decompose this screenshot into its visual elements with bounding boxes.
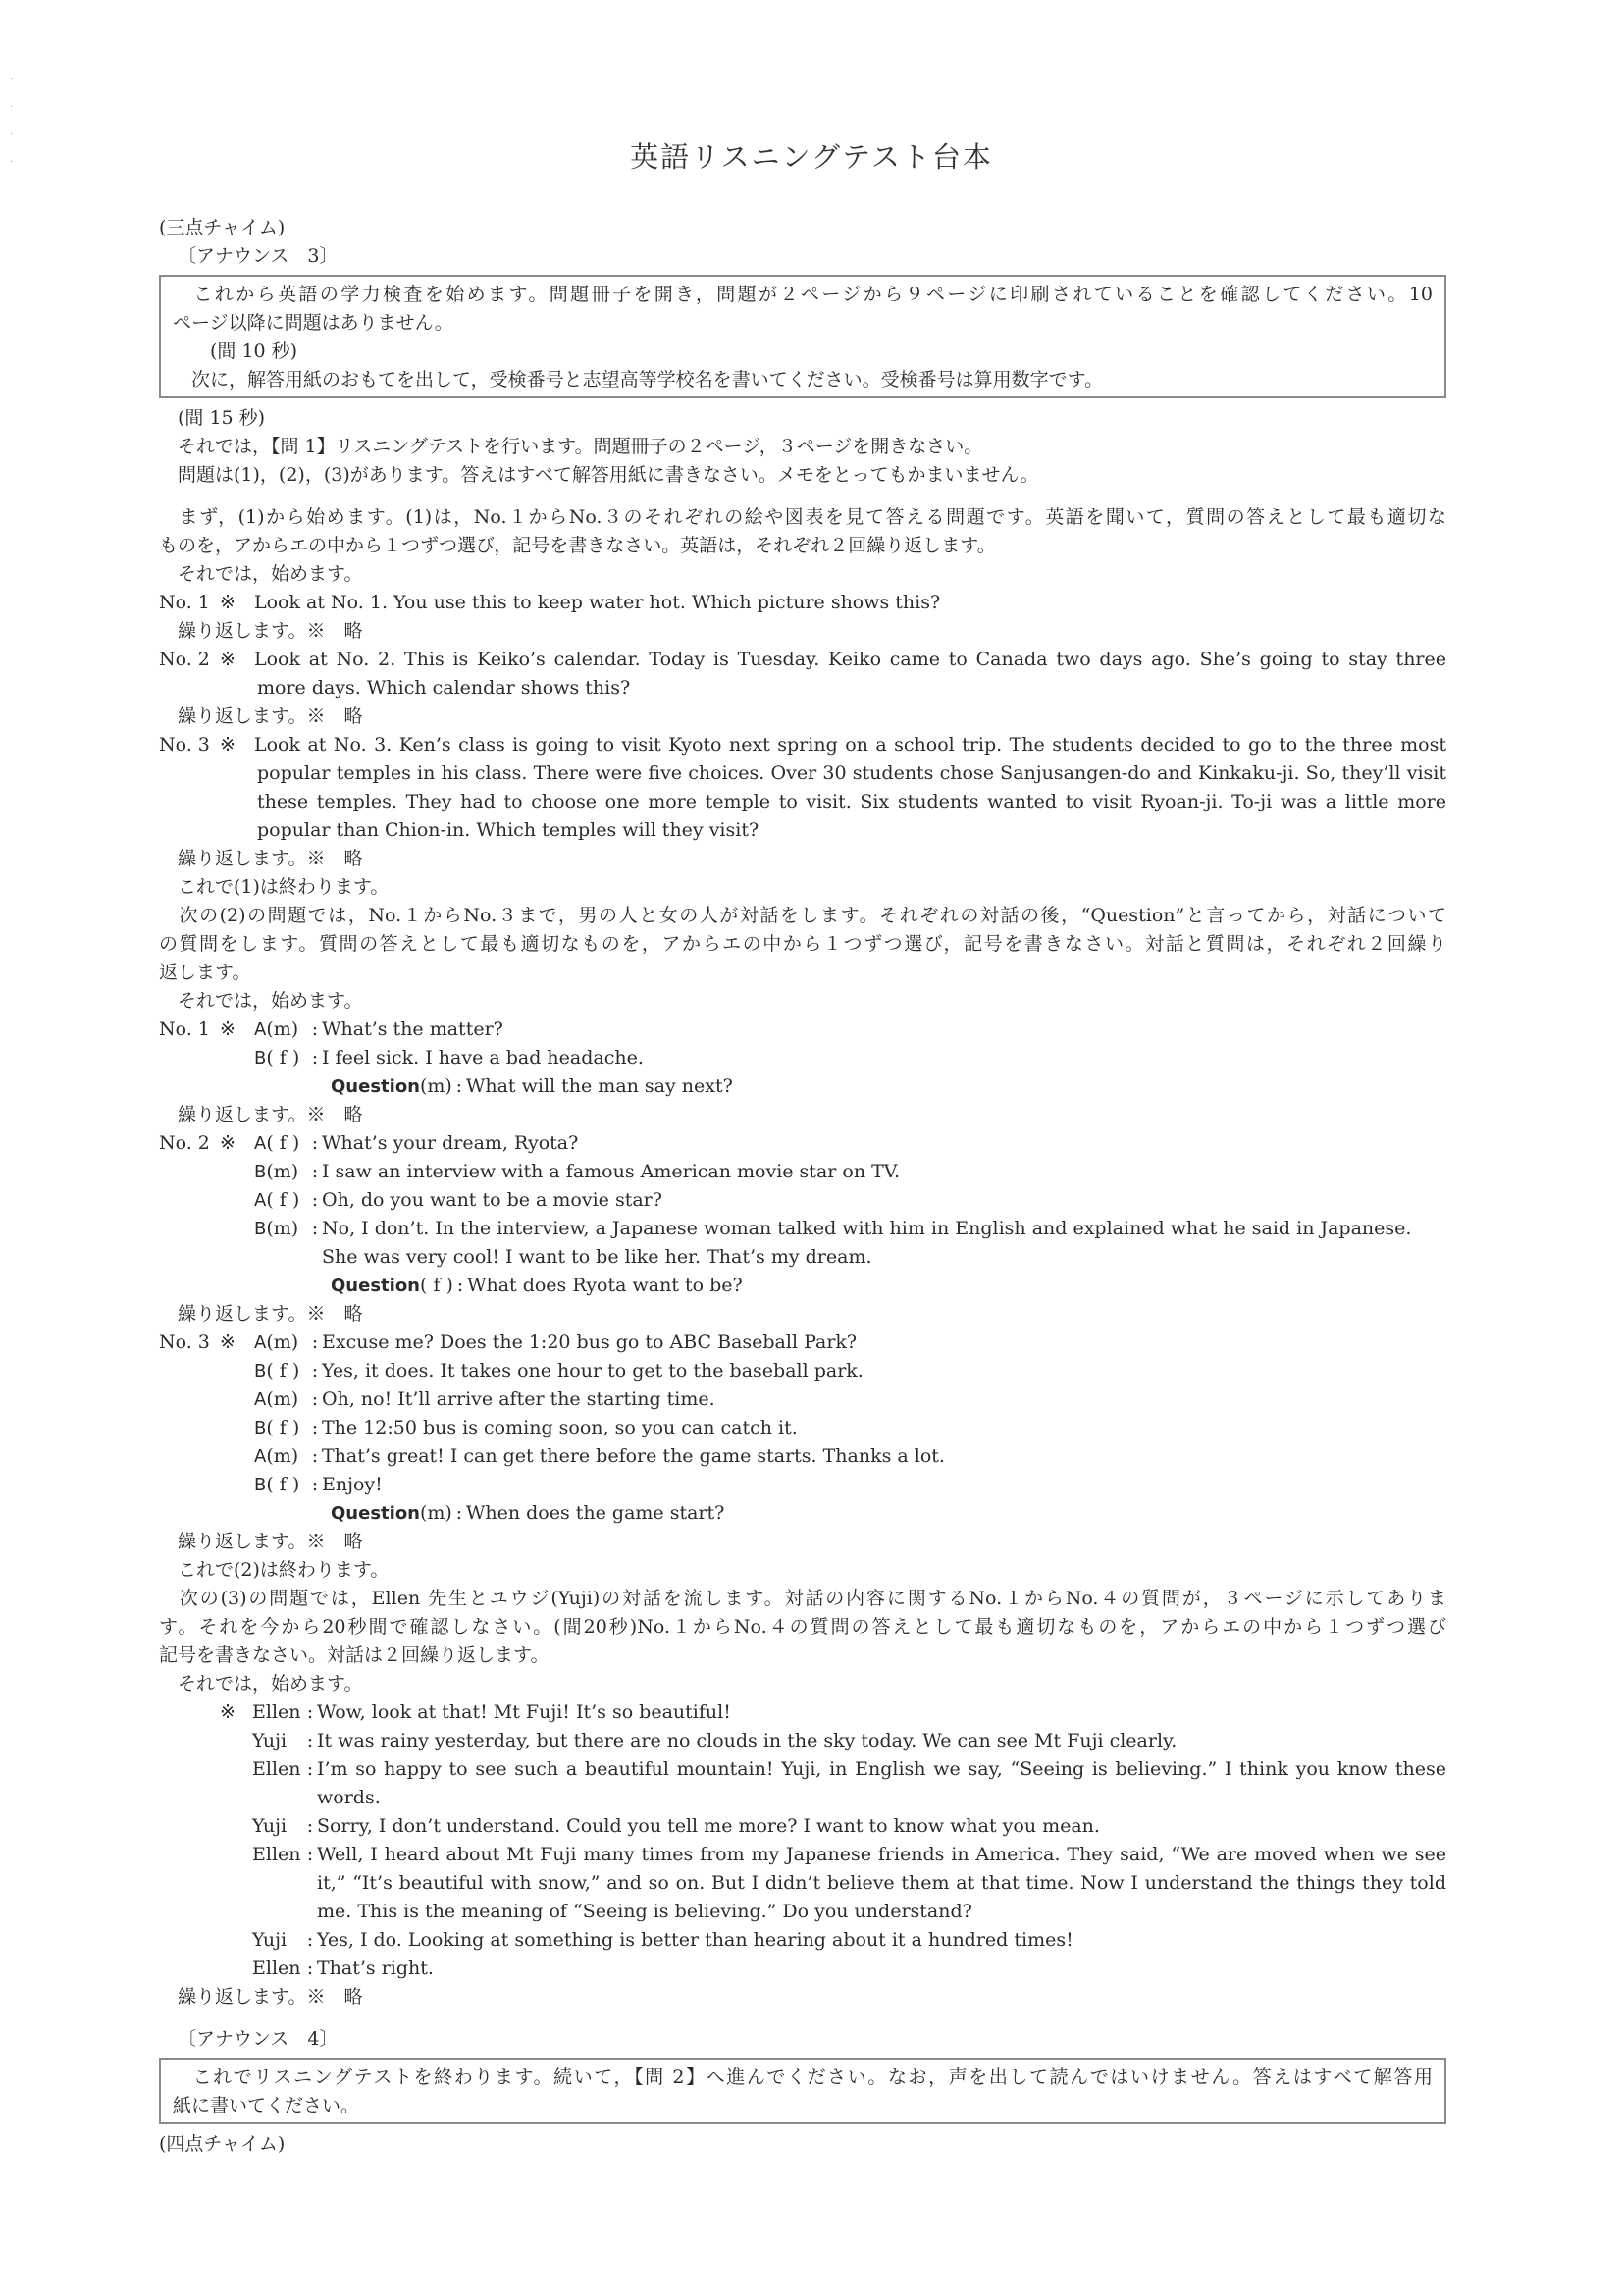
announcement-line: これから英語の学力検査を始めます。問題冊子を開き，問題が２ページから９ページに印… <box>173 281 1433 309</box>
speaker-label: B <box>254 1361 266 1382</box>
speaker-label: B <box>254 1418 266 1438</box>
dialog-3-turn: A(m) : Oh, no! It’ll arrive after the st… <box>159 1385 1446 1414</box>
dialog-3-turn: A(m) : That’s great! I can get there bef… <box>159 1442 1446 1471</box>
speaker-gender: (m) <box>266 1161 298 1182</box>
intro-line: それでは，【問 1】リスニングテストを行います。問題冊子の２ページ，３ページを開… <box>159 433 1446 461</box>
pause-15s: (間 15 秒) <box>159 404 1446 433</box>
part3-instructions: す。それを今から20秒間で確認しなさい。(間20秒)No.１からNo.４の質問の… <box>159 1613 1446 1642</box>
conversation-text: Wow, look at that! Mt Fuji! It’s so beau… <box>317 1698 1446 1727</box>
speaker-label: B <box>254 1219 266 1239</box>
conversation-text: It was rainy yesterday, but there are no… <box>317 1727 1446 1755</box>
dialog-3-turn: B( f ) : Yes, it does. It takes one hour… <box>159 1357 1446 1385</box>
reference-mark-icon: ※ <box>220 1016 254 1044</box>
speaker-gender: (m) <box>266 1018 298 1040</box>
question-text: What does Ryota want to be? <box>467 1272 1446 1300</box>
conversation-turn: Yuji : It was rainy yesterday, but there… <box>159 1727 1446 1755</box>
repeat-note: 繰り返します。※ 略 <box>159 1528 1446 1556</box>
speaker-gender: ( f ) <box>266 1132 299 1154</box>
announcement-line: 次に，解答用紙のおもてを出して，受検番号と志望高等学校名を書いてください。受検番… <box>173 366 1433 394</box>
item-text-cont: these temples. They had to choose one mo… <box>159 788 1446 816</box>
speaker-label: A <box>254 1446 266 1467</box>
speaker-name: Ellen <box>252 1841 303 1869</box>
part1-instructions: ものを，アからエの中から１つずつ選び，記号を書きなさい。英語は，それぞれ２回繰り… <box>159 532 1446 560</box>
dialog-text: Yes, it does. It takes one hour to get t… <box>322 1357 1446 1385</box>
question-text: When does the game start? <box>466 1499 1446 1528</box>
speaker-gender: ( f ) <box>266 1474 299 1495</box>
speaker-name: Yuji <box>252 1727 303 1755</box>
item-number: No. 3 <box>159 731 220 759</box>
conversation-turn: Ellen : Well, I heard about Mt Fuji many… <box>159 1841 1446 1869</box>
part3-instructions: 次の(3)の問題では，Ellen 先生とユウジ(Yuji)の対話を流します。対話… <box>159 1585 1446 1613</box>
repeat-note: 繰り返します。※ 略 <box>159 845 1446 873</box>
dialog-text: What’s your dream, Ryota? <box>322 1129 1446 1158</box>
conversation-text-cont: me. This is the meaning of “Seeing is be… <box>159 1898 1446 1926</box>
dialog-text: Oh, do you want to be a movie star? <box>322 1186 1446 1215</box>
conversation-text: I’m so happy to see such a beautiful mou… <box>317 1755 1446 1784</box>
part3-start: それでは，始めます。 <box>159 1670 1446 1698</box>
question-label: Question <box>331 1276 420 1296</box>
conversation-turn: ※ Ellen : Wow, look at that! Mt Fuji! It… <box>159 1698 1446 1727</box>
conversation-text: Yes, I do. Looking at something is bette… <box>317 1926 1446 1955</box>
speaker-label: B <box>254 1475 266 1495</box>
part1-item-1: No. 1 ※ Look at No. 1. You use this to k… <box>159 589 1446 617</box>
part3-instructions: 記号を書きなさい。対話は２回繰り返します。 <box>159 1642 1446 1670</box>
script-content: (三点チャイム) 〔アナウンス 3〕 これから英語の学力検査を始めます。問題冊子… <box>159 214 1446 2159</box>
speaker-gender: ( f ) <box>266 1360 299 1382</box>
item-number: No. 1 <box>159 589 220 617</box>
repeat-note: 繰り返します。※ 略 <box>159 703 1446 731</box>
item-text: Look at No. 1. You use this to keep wate… <box>254 589 1446 617</box>
item-number: No. 2 <box>159 1129 220 1158</box>
part1-instructions: まず，(1)から始めます。(1)は，No.１からNo.３のそれぞれの絵や図表を見… <box>159 503 1446 532</box>
speaker-gender: (m) <box>266 1388 298 1410</box>
speaker-gender: (m) <box>266 1218 298 1239</box>
speaker-gender: (m) <box>266 1331 298 1353</box>
speaker-label: A <box>254 1133 266 1154</box>
part1-item-3: No. 3 ※ Look at No. 3. Ken’s class is go… <box>159 731 1446 759</box>
repeat-note: 繰り返します。※ 略 <box>159 1101 1446 1129</box>
announce-3-label: 〔アナウンス 3〕 <box>159 242 1446 271</box>
conversation-turn: Yuji : Sorry, I don’t understand. Could … <box>159 1812 1446 1841</box>
question-label: Question <box>331 1076 420 1097</box>
announcement-box-3: これから英語の学力検査を始めます。問題冊子を開き，問題が２ページから９ページに印… <box>159 275 1446 398</box>
item-text-cont: more days. Which calendar shows this? <box>159 674 1446 703</box>
speaker-label: B <box>254 1048 266 1069</box>
part1-start: それでは，始めます。 <box>159 560 1446 589</box>
reference-mark-icon: ※ <box>220 589 254 617</box>
dialog-text: That’s great! I can get there before the… <box>322 1442 1446 1471</box>
item-number: No. 1 <box>159 1016 220 1044</box>
reference-mark-icon: ※ <box>220 1129 254 1158</box>
dialog-text: What’s the matter? <box>322 1016 1446 1044</box>
item-number: No. 3 <box>159 1329 220 1357</box>
speaker-gender: ( f ) <box>420 1275 453 1296</box>
speaker-gender: ( f ) <box>266 1189 299 1211</box>
opening-chime: (三点チャイム) <box>159 214 1446 242</box>
dialog-2-turn: No. 2※ A( f ) : What’s your dream, Ryota… <box>159 1129 1446 1158</box>
part1-item-2: No. 2 ※ Look at No. 2. This is Keiko’s c… <box>159 646 1446 674</box>
item-text-cont: popular temples in his class. There were… <box>159 759 1446 788</box>
announce-4-label: 〔アナウンス 4〕 <box>159 2025 1446 2054</box>
dialog-text: The 12:50 bus is coming soon, so you can… <box>322 1414 1446 1442</box>
conversation-text-cont: words. <box>159 1784 1446 1812</box>
speaker-gender: (m) <box>420 1075 452 1097</box>
conversation-text-cont: it,” “It’s beautiful with snow,” and so … <box>159 1869 1446 1898</box>
dialog-3-question: Question(m) : When does the game start? <box>159 1499 1446 1528</box>
announcement-box-4: これでリスニングテストを終わります。続いて，【問 2】へ進んでください。なお，声… <box>159 2058 1446 2124</box>
dialog-1-turn: B( f ) : I feel sick. I have a bad heada… <box>159 1044 1446 1072</box>
conversation-turn: Ellen : That’s right. <box>159 1955 1446 1983</box>
conversation-turn: Ellen : I’m so happy to see such a beaut… <box>159 1755 1446 1784</box>
script-page: ···· 英語リスニングテスト台本 (三点チャイム) 〔アナウンス 3〕 これか… <box>0 0 1623 2296</box>
dialog-text: Excuse me? Does the 1:20 bus go to ABC B… <box>322 1329 1446 1357</box>
speaker-name: Yuji <box>252 1812 303 1841</box>
conversation-text: Well, I heard about Mt Fuji many times f… <box>317 1841 1446 1869</box>
speaker-gender: ( f ) <box>266 1417 299 1438</box>
dialog-text: Oh, no! It’ll arrive after the starting … <box>322 1385 1446 1414</box>
dialog-1-question: Question(m) : What will the man say next… <box>159 1072 1446 1101</box>
speaker-label: A <box>254 1190 266 1211</box>
dialog-2-turn: A( f ) : Oh, do you want to be a movie s… <box>159 1186 1446 1215</box>
reference-mark-icon: ※ <box>220 1698 252 1727</box>
question-text: What will the man say next? <box>466 1072 1446 1101</box>
intro-line: 問題は(1)，(2)，(3)があります。答えはすべて解答用紙に書きなさい。メモを… <box>159 461 1446 490</box>
speaker-gender: (m) <box>420 1502 452 1524</box>
repeat-note: 繰り返します。※ 略 <box>159 1300 1446 1329</box>
page-title: 英語リスニングテスト台本 <box>0 135 1623 176</box>
reference-mark-icon: ※ <box>220 646 254 674</box>
item-text: Look at No. 3. Ken’s class is going to v… <box>254 731 1446 759</box>
conversation-text: That’s right. <box>317 1955 1446 1983</box>
dialog-2-turn: B(m) : No, I don’t. In the interview, a … <box>159 1215 1446 1243</box>
dialog-2-turn: B(m) : I saw an interview with a famous … <box>159 1158 1446 1186</box>
speaker-name: Yuji <box>252 1926 303 1955</box>
speaker-name: Ellen <box>252 1698 303 1727</box>
item-text: Look at No. 2. This is Keiko’s calendar.… <box>254 646 1446 674</box>
item-number: No. 2 <box>159 646 220 674</box>
part2-end: これで(2)は終わります。 <box>159 1556 1446 1585</box>
conversation-text: Sorry, I don’t understand. Could you tel… <box>317 1812 1446 1841</box>
part2-start: それでは，始めます。 <box>159 987 1446 1016</box>
speaker-gender: ( f ) <box>266 1047 299 1069</box>
part2-instructions: 返します。 <box>159 959 1446 987</box>
dialog-2-question: Question( f ) : What does Ryota want to … <box>159 1272 1446 1300</box>
announcement-line: (間 10 秒) <box>173 338 1433 366</box>
conversation-turn: Yuji : Yes, I do. Looking at something i… <box>159 1926 1446 1955</box>
dialog-text-cont: She was very cool! I want to be like her… <box>159 1243 1446 1272</box>
reference-mark-icon: ※ <box>220 731 254 759</box>
part1-end: これで(1)は終わります。 <box>159 873 1446 902</box>
question-label: Question <box>331 1503 420 1524</box>
dialog-1-turn: No. 1※ A(m) : What’s the matter? <box>159 1016 1446 1044</box>
speaker-name: Ellen <box>252 1755 303 1784</box>
dialog-text: Enjoy! <box>322 1471 1446 1499</box>
closing-chime: (四点チャイム) <box>159 2130 1446 2159</box>
repeat-note: 繰り返します。※ 略 <box>159 1983 1446 2011</box>
speaker-name: Ellen <box>252 1955 303 1983</box>
item-text-cont: popular than Chion-in. Which temples wil… <box>159 816 1446 845</box>
announcement-line: 紙に書いてください。 <box>173 2092 1433 2120</box>
speaker-label: B <box>254 1162 266 1182</box>
speaker-label: A <box>254 1332 266 1353</box>
part2-instructions: の質問をします。質問の答えとして最も適切なものを，アからエの中から１つずつ選び，… <box>159 930 1446 959</box>
dialog-3-turn: No. 3※ A(m) : Excuse me? Does the 1:20 b… <box>159 1329 1446 1357</box>
speaker-label: A <box>254 1019 266 1040</box>
dialog-3-turn: B( f ) : Enjoy! <box>159 1471 1446 1499</box>
dialog-text: I saw an interview with a famous America… <box>322 1158 1446 1186</box>
reference-mark-icon: ※ <box>220 1329 254 1357</box>
part2-instructions: 次の(2)の問題では，No.１からNo.３まで，男の人と女の人が対話をします。そ… <box>159 902 1446 930</box>
dialog-text: No, I don’t. In the interview, a Japanes… <box>322 1215 1446 1243</box>
dialog-text: I feel sick. I have a bad headache. <box>322 1044 1446 1072</box>
speaker-gender: (m) <box>266 1445 298 1467</box>
speaker-label: A <box>254 1389 266 1410</box>
dialog-3-turn: B( f ) : The 12:50 bus is coming soon, s… <box>159 1414 1446 1442</box>
repeat-note: 繰り返します。※ 略 <box>159 617 1446 646</box>
announcement-line: ページ以降に問題はありません。 <box>173 309 1433 338</box>
announcement-line: これでリスニングテストを終わります。続いて，【問 2】へ進んでください。なお，声… <box>173 2063 1433 2092</box>
